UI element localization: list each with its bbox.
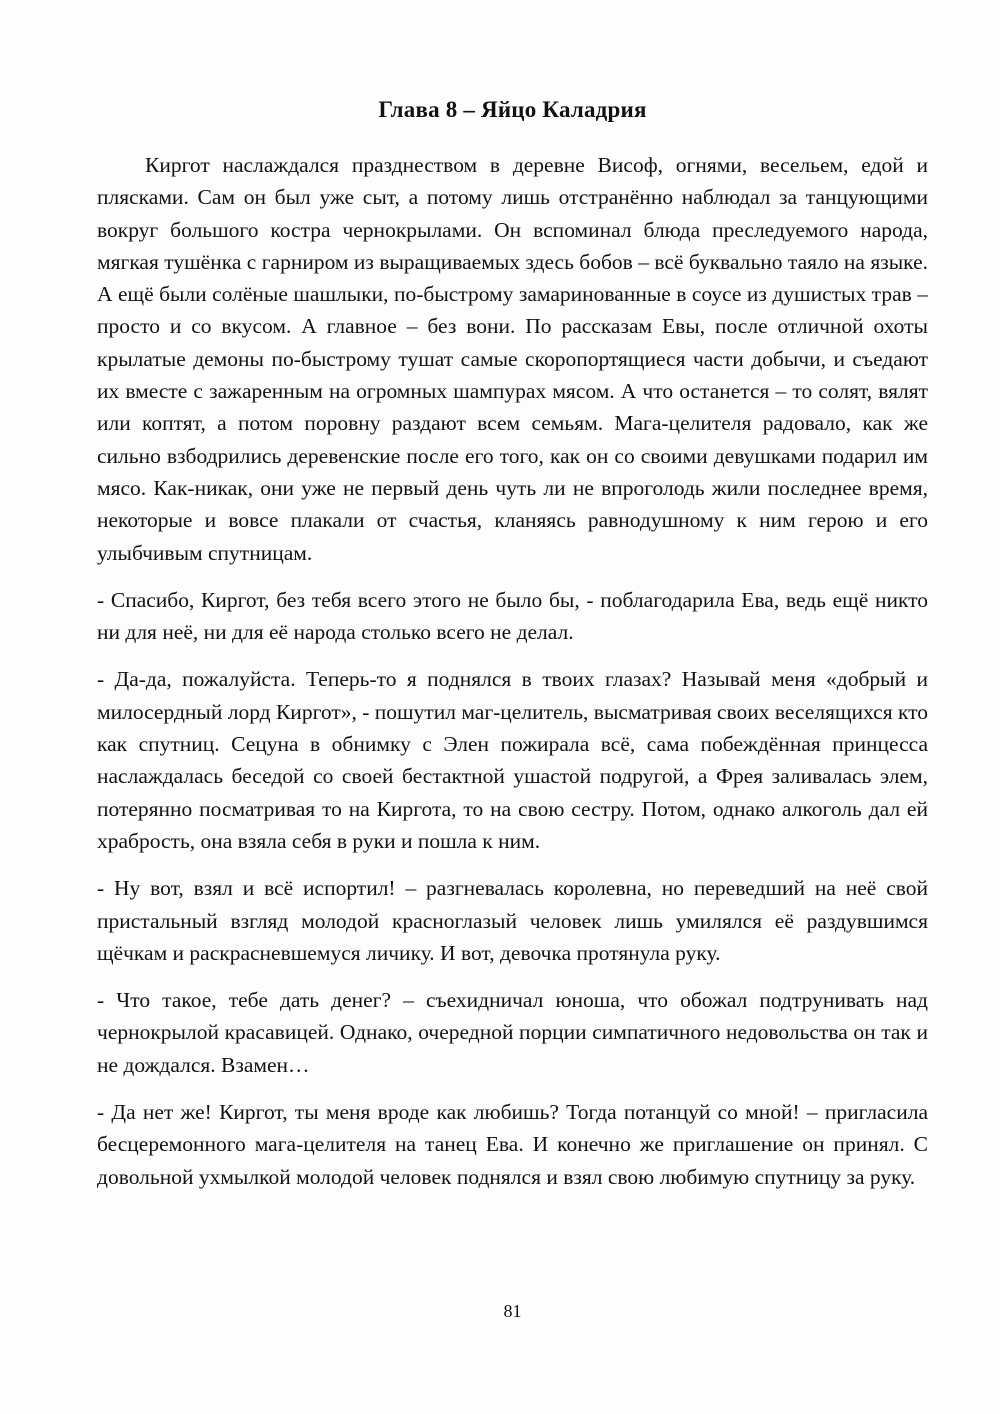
- dialogue-paragraph: - Ну вот, взял и всё испортил! – разгнев…: [97, 872, 928, 969]
- dialogue-paragraph: - Да-да, пожалуйста. Теперь-то я поднялс…: [97, 663, 928, 857]
- dialogue-paragraph: - Спасибо, Киргот, без тебя всего этого …: [97, 584, 928, 649]
- dialogue-paragraph: - Что такое, тебе дать денег? – съехидни…: [97, 984, 928, 1081]
- body-paragraph: Киргот наслаждался празднеством в деревн…: [97, 149, 928, 569]
- document-page: Глава 8 – Яйцо Каладрия Киргот наслаждал…: [0, 0, 1000, 1414]
- page-number: 81: [97, 1300, 928, 1322]
- dialogue-paragraph: - Да нет же! Киргот, ты меня вроде как л…: [97, 1096, 928, 1193]
- chapter-title: Глава 8 – Яйцо Каладрия: [97, 96, 928, 123]
